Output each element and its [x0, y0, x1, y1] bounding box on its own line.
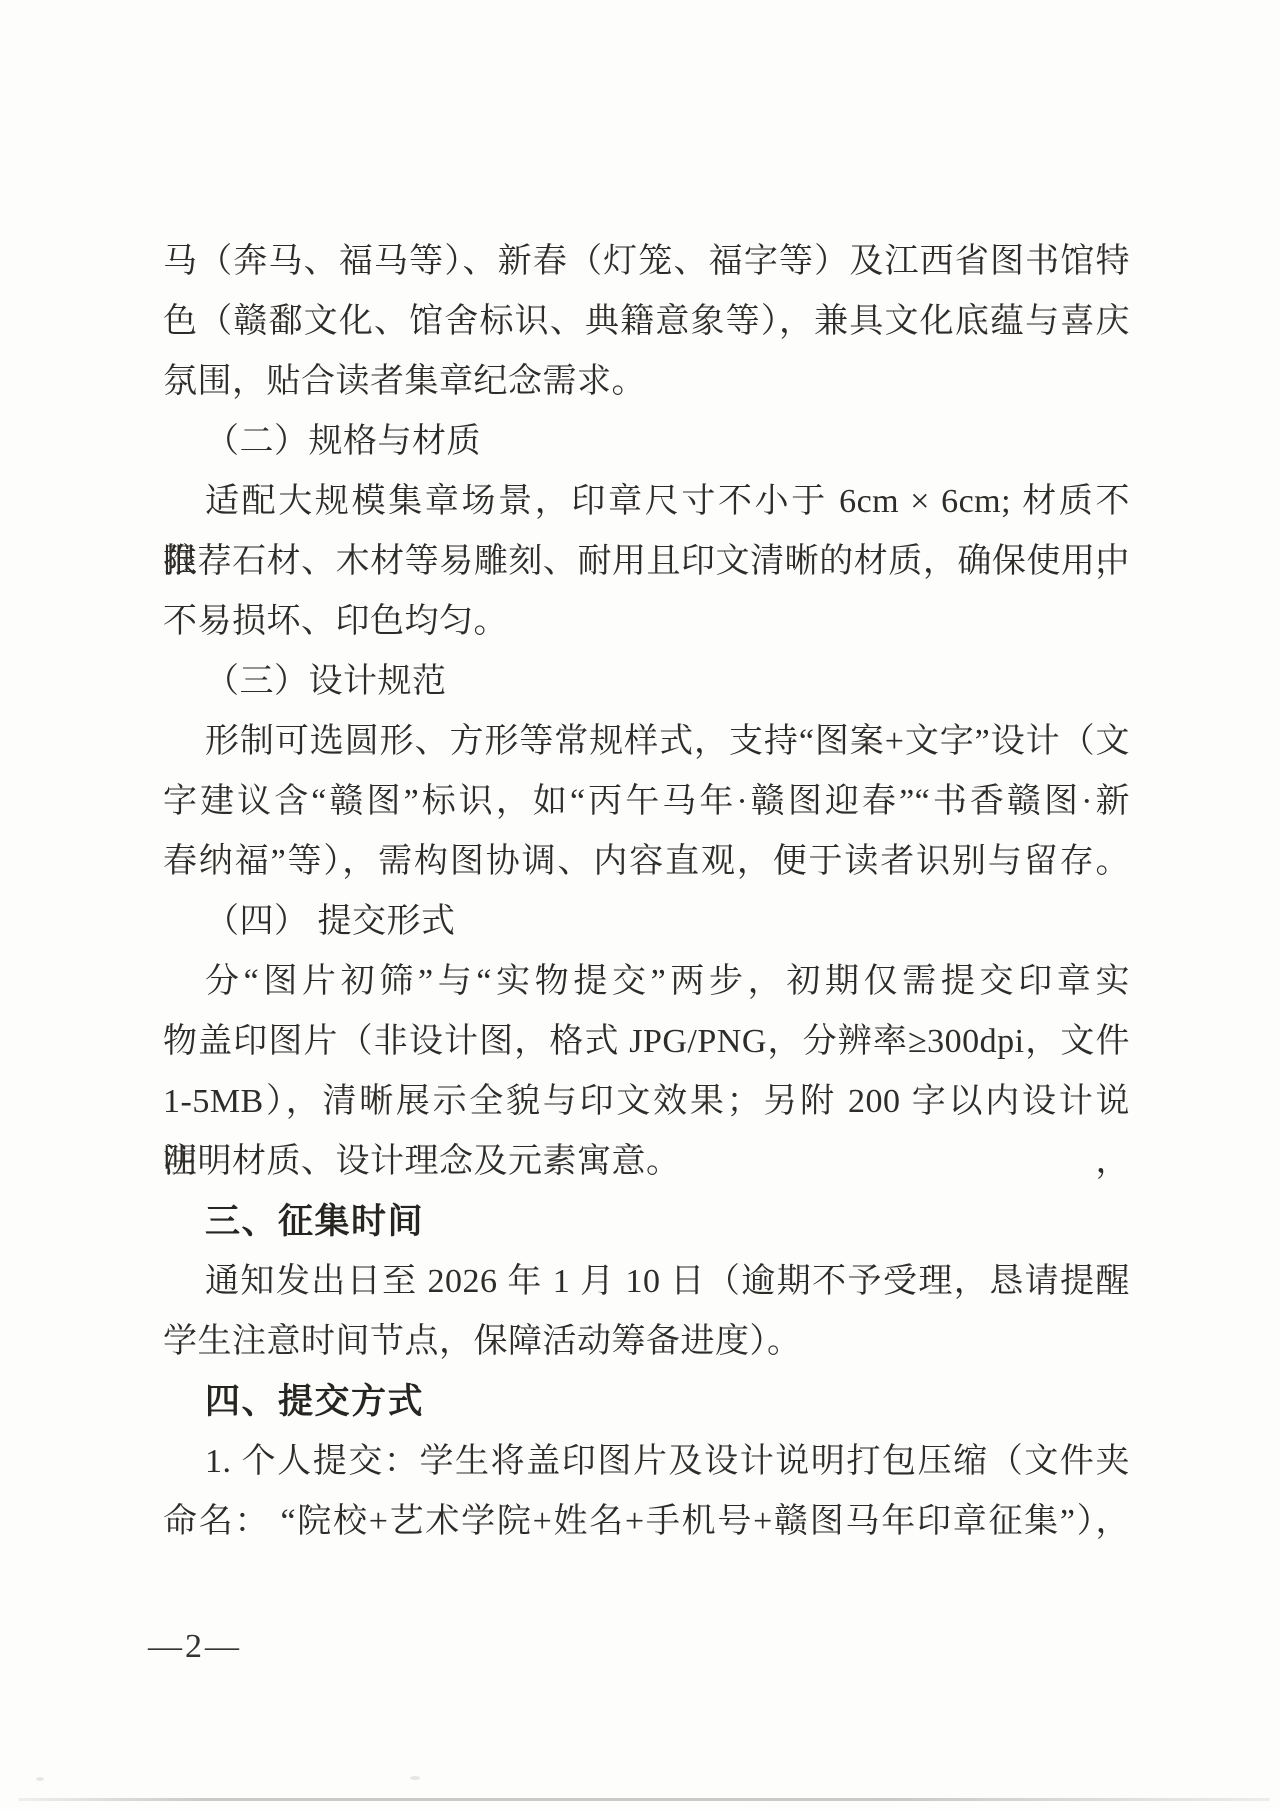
document-text-block: 马（奔马、福马等）、新春（灯笼、福字等）及江西省图书馆特色（赣鄱文化、馆舍标识、… [163, 232, 1130, 1552]
text-line: 四、提交方式 [163, 1372, 1130, 1432]
text-line: 春纳福”等），需构图协调、内容直观，便于读者识别与留存。 [163, 832, 1130, 892]
text-line: 推荐石材、木材等易雕刻、耐用且印文清晰的材质，确保使用中 [163, 532, 1130, 592]
text-line: 通知发出日至 2026 年 1 月 10 日（逾期不予受理，恳请提醒 [163, 1252, 1130, 1312]
text-line: 三、征集时间 [163, 1192, 1130, 1252]
text-line: 马（奔马、福马等）、新春（灯笼、福字等）及江西省图书馆特 [163, 232, 1130, 292]
text-line: 不易损坏、印色均匀。 [163, 592, 1130, 652]
scan-speck [410, 1776, 420, 1780]
text-line: 色（赣鄱文化、馆舍标识、典籍意象等），兼具文化底蕴与喜庆 [163, 292, 1130, 352]
text-line: 字建议含“赣图”标识，如“丙午马年·赣图迎春”“书香赣图·新 [163, 772, 1130, 832]
text-line: 分“图片初筛”与“实物提交”两步，初期仅需提交印章实 [163, 952, 1130, 1012]
scan-speck [36, 1777, 44, 1781]
page-number: —2— [148, 1628, 242, 1666]
text-line: 1-5MB），清晰展示全貌与印文效果；另附 200 字以内设计说明， [163, 1072, 1130, 1132]
text-line: 1. 个人提交：学生将盖印图片及设计说明打包压缩（文件夹 [163, 1432, 1130, 1492]
text-line: 命名： “院校+艺术学院+姓名+手机号+赣图马年印章征集”）， [163, 1492, 1130, 1552]
document-page: 马（奔马、福马等）、新春（灯笼、福字等）及江西省图书馆特色（赣鄱文化、馆舍标识、… [0, 0, 1280, 1809]
text-line: （二）规格与材质 [163, 412, 1130, 472]
text-line: 形制可选圆形、方形等常规样式，支持“图案+文字”设计（文 [163, 712, 1130, 772]
text-line: （三）设计规范 [163, 652, 1130, 712]
text-line: 适配大规模集章场景，印章尺寸不小于 6cm × 6cm; 材质不限， [163, 472, 1130, 532]
text-line: 学生注意时间节点，保障活动筹备进度）。 [163, 1312, 1130, 1372]
text-line: （四） 提交形式 [163, 892, 1130, 952]
text-line: 物盖印图片（非设计图，格式 JPG/PNG，分辨率≥300dpi，文件 [163, 1012, 1130, 1072]
text-line: 氛围，贴合读者集章纪念需求。 [163, 352, 1130, 412]
scan-edge-artifact [18, 1798, 1270, 1801]
